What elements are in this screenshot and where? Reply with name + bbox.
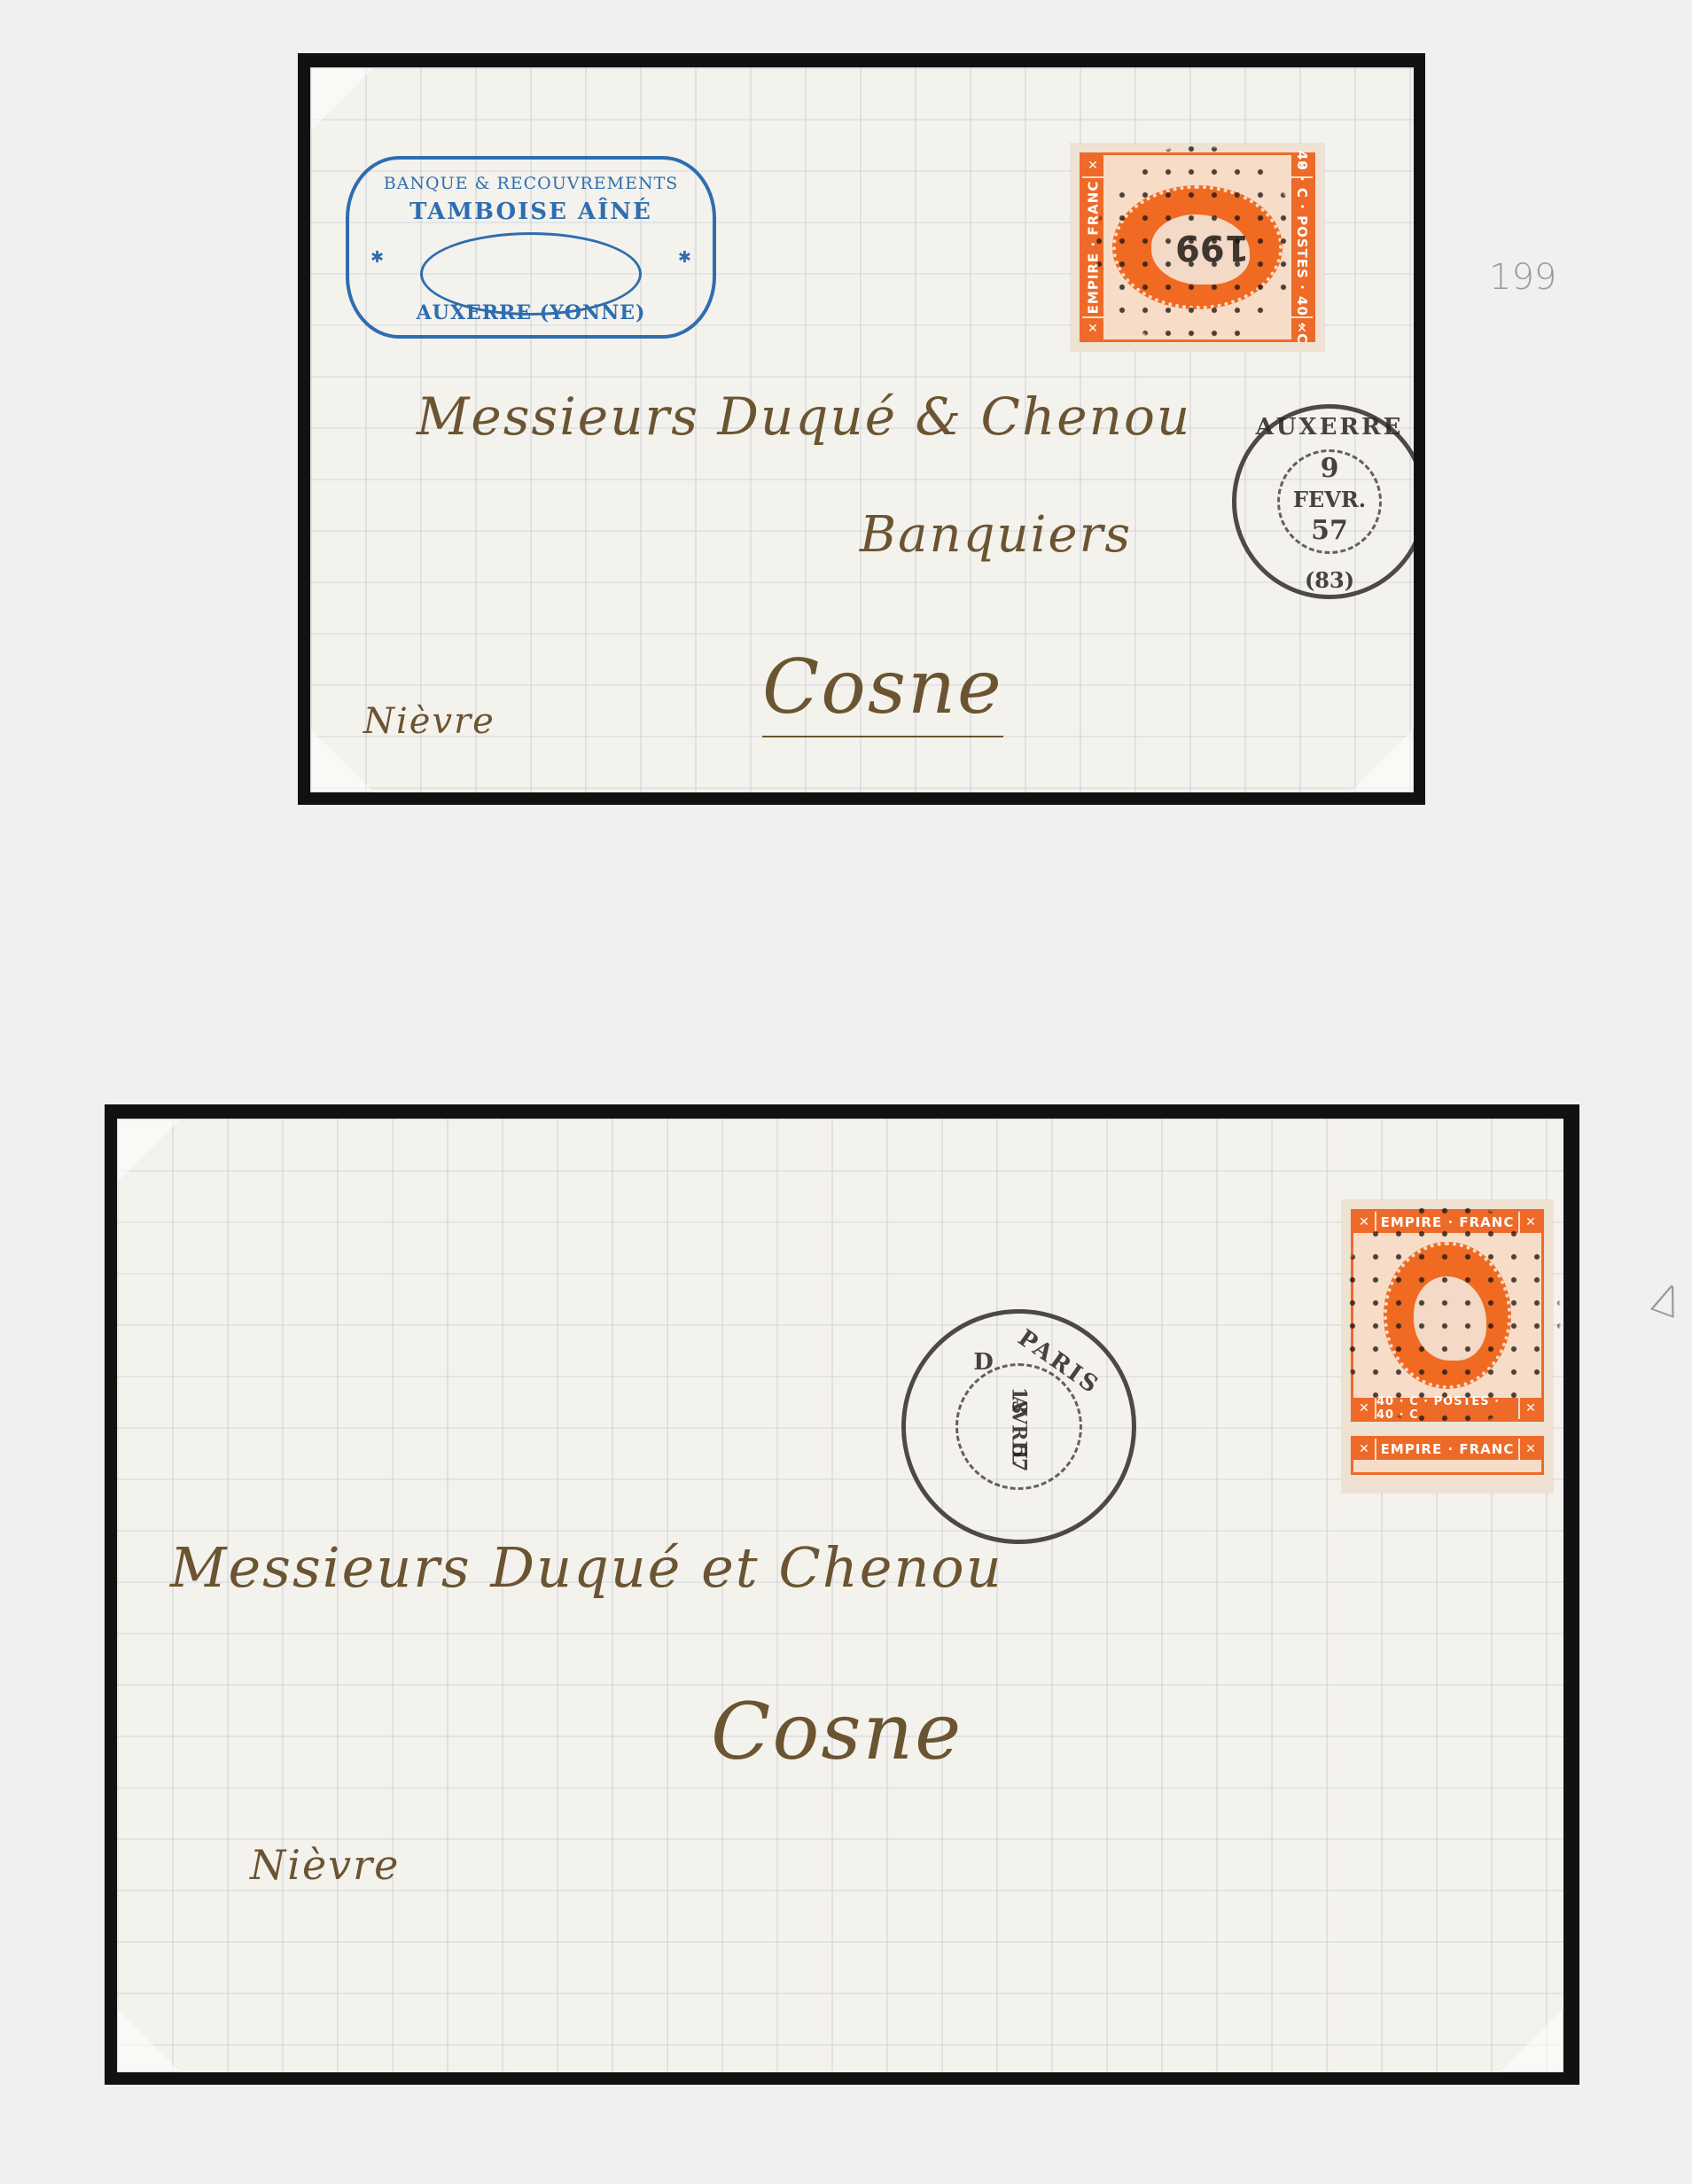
datestamp-dept-code: (83) [1236,567,1414,593]
datestamp-town: AUXERRE [1236,414,1414,441]
corner-ornament-icon: ✕ [1520,1439,1541,1460]
datestamp-month: FEVR. [1236,487,1414,512]
bottom-cover: PARIS D 13 AVRIL 57 ✕ ✕ ✕ ✕ EMPIRE · FRA… [117,1119,1563,2072]
paris-datestamp: PARIS D 13 AVRIL 57 [901,1309,1136,1544]
pencil-reference-number: 199 [1489,257,1556,298]
stamp-pair-fragment: ✕ ✕ EMPIRE · FRANC [1351,1436,1544,1475]
datestamp-year: 57 [1008,1345,1031,1572]
mount-corner [117,2008,181,2072]
star-icon: ✱ [678,248,691,267]
mount-corner [117,1119,181,1182]
corner-ornament-icon: ✕ [1353,1439,1375,1460]
datestamp-day: 9 [1236,453,1414,484]
datestamp-year: 57 [1236,515,1414,546]
stamp-40c-top: ✕ ✕ ✕ ✕ EMPIRE · FRANC 40 · C · POSTES ·… [1071,144,1324,351]
bank-cachet: BANQUE & RECOUVREMENTS TAMBOISE AÎNÉ ✱ ✱… [346,156,716,339]
mount-corner [1500,2008,1563,2072]
address-line-1: Messieurs Duqué & Chenou [417,386,1191,447]
address-line-2: Cosne [711,1686,963,1777]
address-line-2: Banquiers [860,506,1132,564]
mount-corner [1350,729,1414,792]
address-department: Nièvre [363,701,495,742]
top-cover: BANQUE & RECOUVREMENTS TAMBOISE AÎNÉ ✱ ✱… [310,67,1414,792]
address-line-3: Cosne [762,643,1003,737]
address-department: Nièvre [250,1841,400,1889]
cachet-line-1: BANQUE & RECOUVREMENTS [349,174,713,193]
album-page: 199 Δ BANQUE & RECOUVREMENTS TAMBOISE AÎ… [0,0,1692,2184]
stamp-40c-bottom: ✕ ✕ ✕ ✕ EMPIRE · FRANC 40 · C · POSTES ·… [1342,1200,1553,1493]
star-icon: ✱ [370,248,384,267]
stamp-frame: ✕ ✕ ✕ ✕ EMPIRE · FRANC 40 · C · POSTES ·… [1080,152,1315,342]
address-line-1: Messieurs Duqué et Chenou [170,1535,1003,1600]
datestamp-letter: D [835,1349,1132,1376]
mount-corner [310,67,374,131]
stamp-frame: ✕ ✕ ✕ ✕ EMPIRE · FRANC 40 · C · POSTES ·… [1351,1209,1544,1422]
cachet-line-2: TAMBOISE AÎNÉ [349,199,713,225]
stamp-pair-label: EMPIRE · FRANC [1376,1439,1518,1460]
dotted-lozenge-cancel [1318,1176,1563,1455]
cancel-number: 199 [1175,227,1250,268]
pencil-mark: Δ [1646,1273,1688,1328]
auxerre-datestamp: AUXERRE 9 FEVR. 57 (83) [1232,404,1414,599]
cachet-line-3: AUXERRE (YONNE) [349,301,713,324]
